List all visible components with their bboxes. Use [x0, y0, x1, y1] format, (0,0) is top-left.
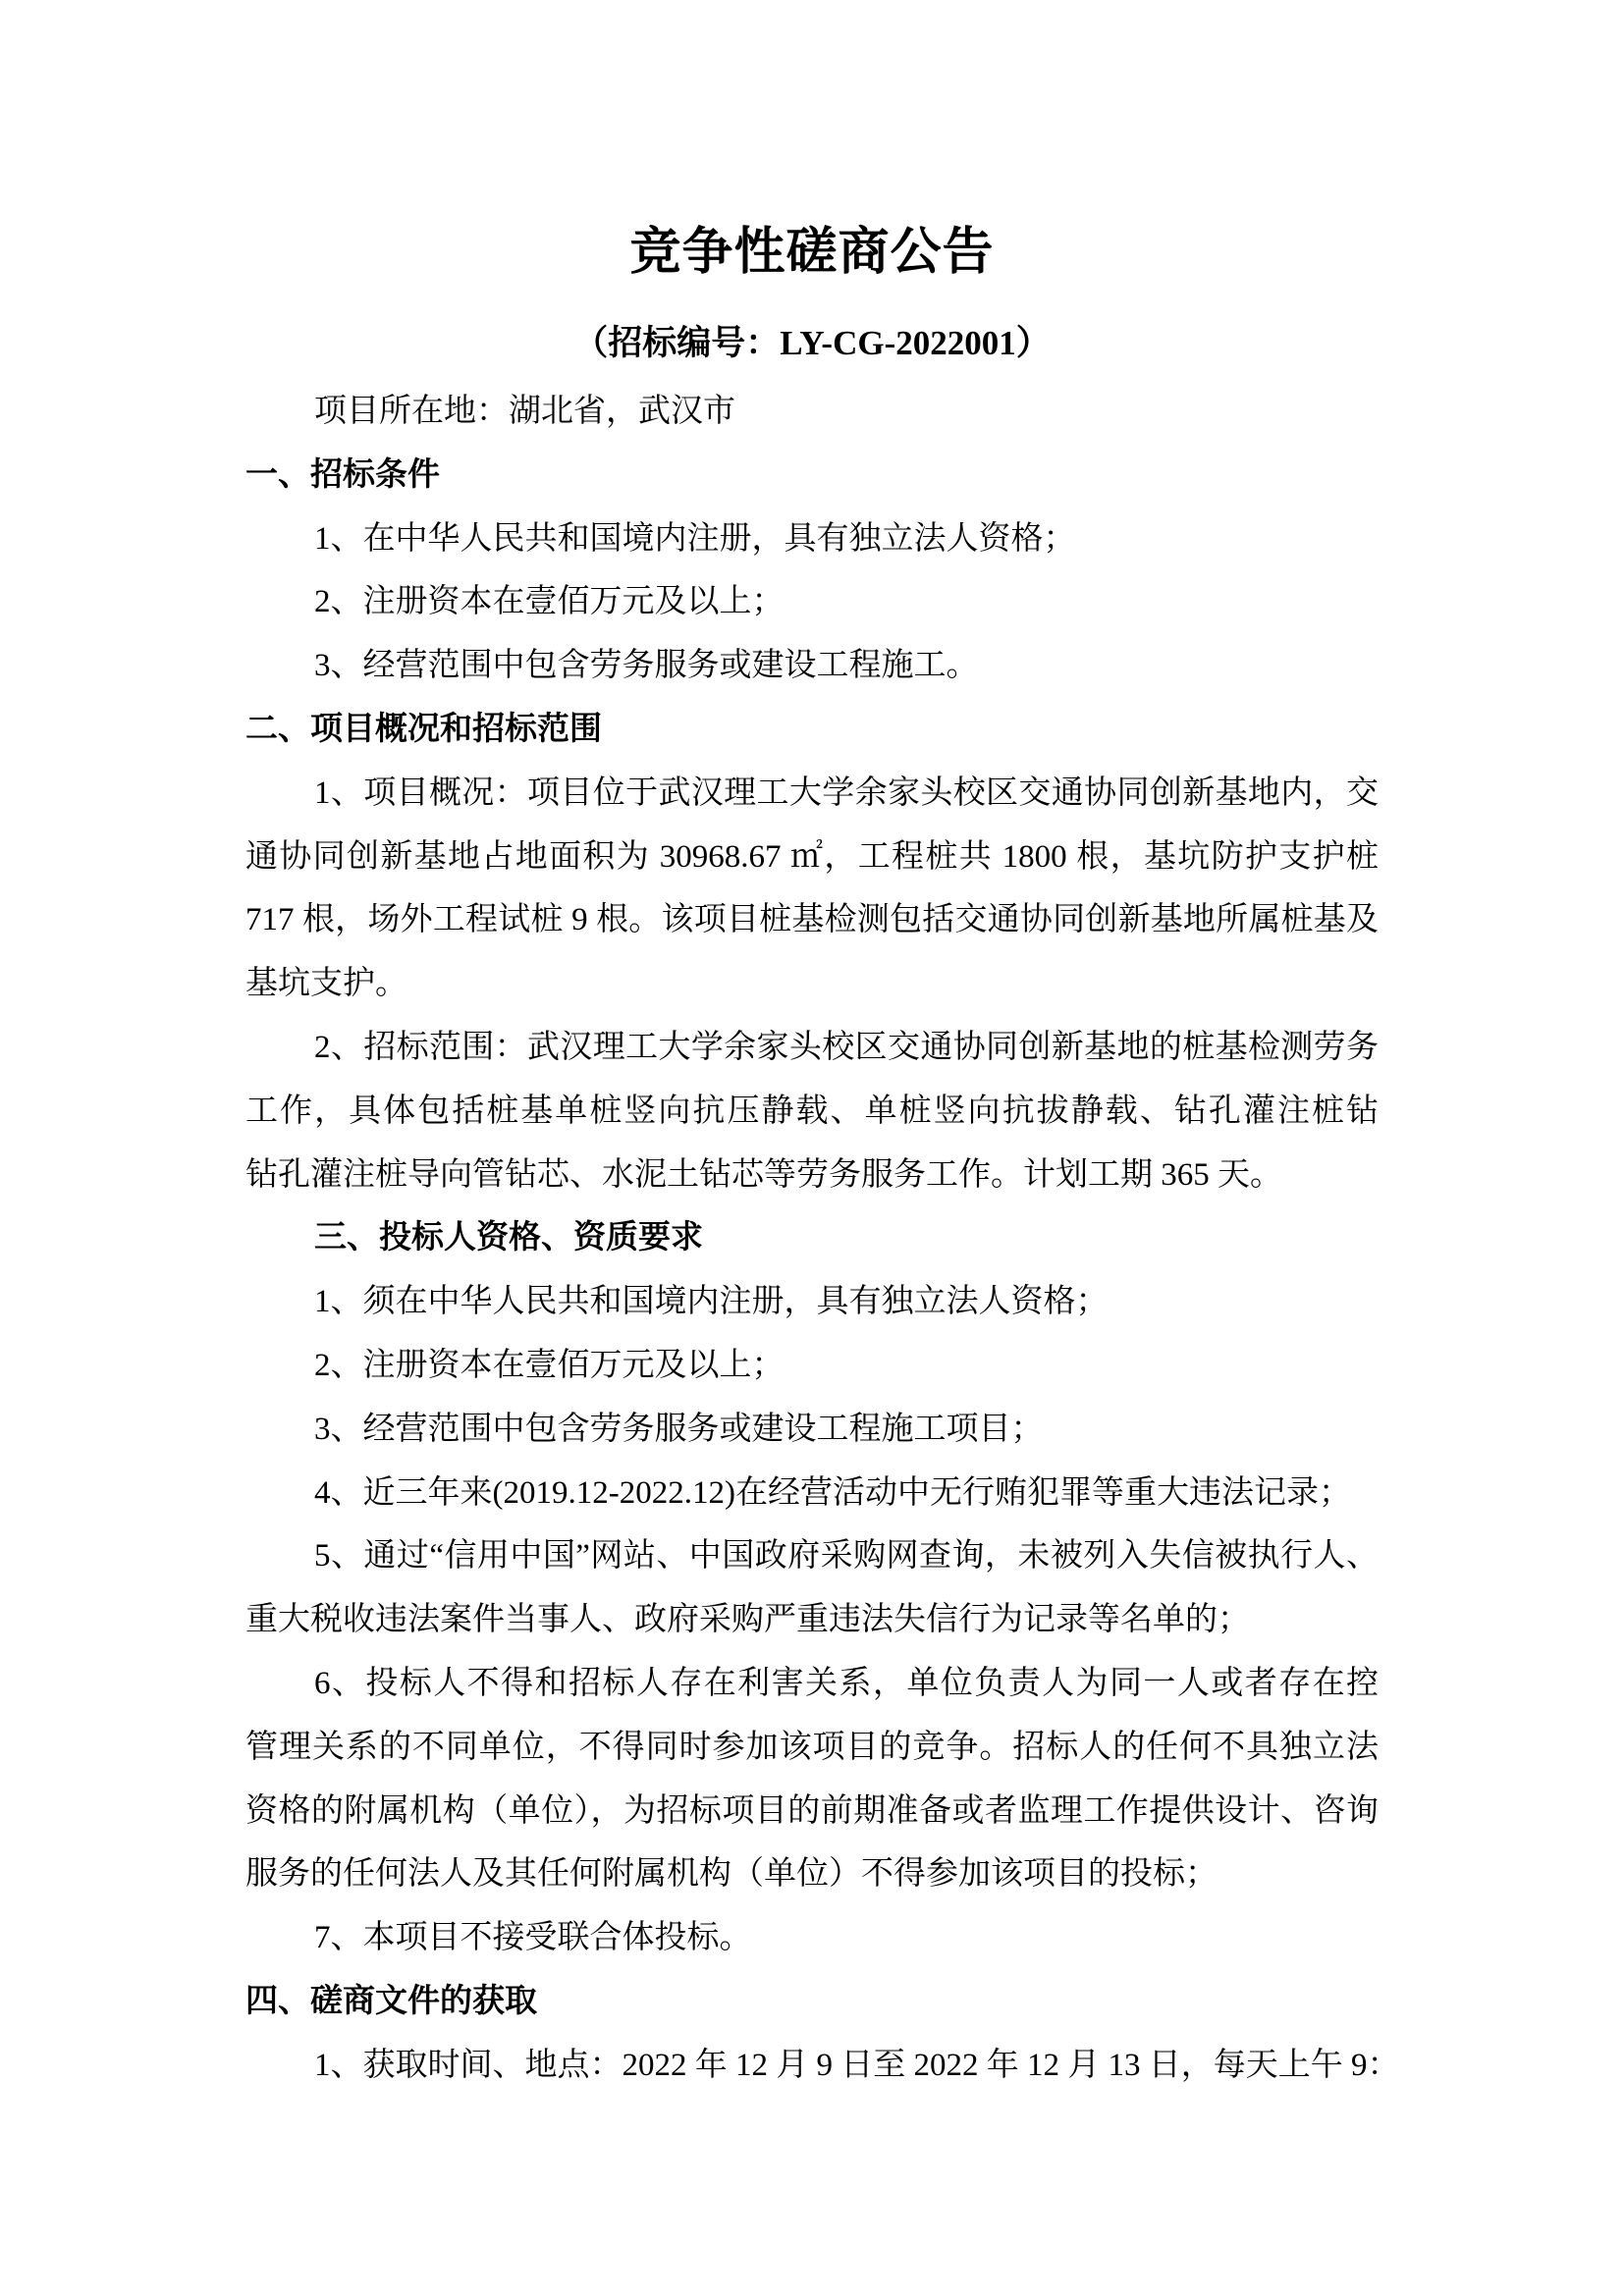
document-subtitle: （招标编号：LY-CG-2022001）	[0, 324, 1624, 363]
paragraph-line: 工作，具体包括桩基单桩竖向抗压静载、单桩竖向抗拔静载、钻孔灌注桩钻芯、	[245, 1080, 1379, 1144]
document-title: 竞争性磋商公告	[0, 224, 1624, 283]
paragraph-line: 6、投标人不得和招标人存在利害关系，单位负责人为同一人或者存在控股、	[245, 1652, 1379, 1716]
paragraph-line: 3、经营范围中包含劳务服务或建设工程施工项目；	[245, 1398, 1379, 1462]
section-heading: 二、项目概况和招标范围	[245, 698, 1379, 762]
section-heading: 三、投标人资格、资质要求	[245, 1206, 1379, 1270]
paragraph-line: 重大税收违法案件当事人、政府采购严重违法失信行为记录等名单的；	[245, 1588, 1379, 1652]
paragraph-line: 5、通过“信用中国”网站、中国政府采购网查询，未被列入失信被执行人、	[245, 1524, 1379, 1588]
paragraph-line: 1、项目概况：项目位于武汉理工大学余家头校区交通协同创新基地内，交	[245, 762, 1379, 826]
paragraph-line: 服务的任何法人及其任何附属机构（单位）不得参加该项目的投标；	[245, 1842, 1379, 1906]
paragraph-line: 2、注册资本在壹佰万元及以上；	[245, 1334, 1379, 1398]
paragraph-line: 资格的附属机构（单位），为招标项目的前期准备或者监理工作提供设计、咨询	[245, 1780, 1379, 1843]
paragraph-line: 钻孔灌注桩导向管钻芯、水泥土钻芯等劳务服务工作。计划工期 365 天。	[245, 1144, 1379, 1207]
paragraph-line: 基坑支护。	[245, 952, 1379, 1016]
paragraph-line: 1、须在中华人民共和国境内注册，具有独立法人资格；	[245, 1270, 1379, 1334]
section-heading: 四、磋商文件的获取	[245, 1970, 1379, 2034]
paragraph-line: 1、在中华人民共和国境内注册，具有独立法人资格；	[245, 507, 1379, 571]
paragraph-line: 4、近三年来(2019.12-2022.12)在经营活动中无行贿犯罪等重大违法记…	[245, 1462, 1379, 1525]
paragraph-line: 2、注册资本在壹佰万元及以上；	[245, 570, 1379, 634]
section-heading: 一、招标条件	[245, 444, 1379, 507]
paragraph-line: 项目所在地：湖北省，武汉市	[245, 380, 1379, 444]
paragraph-line: 717 根，场外工程试桩 9 根。该项目桩基检测包括交通协同创新基地所属桩基及	[245, 888, 1379, 952]
paragraph-line: 3、经营范围中包含劳务服务或建设工程施工。	[245, 634, 1379, 698]
paragraph-line: 1、获取时间、地点：2022 年 12 月 9 日至 2022 年 12 月 1…	[245, 2034, 1379, 2098]
paragraph-line: 通协同创新基地占地面积为 30968.67 ㎡，工程桩共 1800 根，基坑防护…	[245, 826, 1379, 889]
document-page: 竞争性磋商公告 （招标编号：LY-CG-2022001） 项目所在地：湖北省，武…	[0, 0, 1624, 2296]
paragraph-line: 管理关系的不同单位，不得同时参加该项目的竞争。招标人的任何不具独立法人	[245, 1716, 1379, 1780]
paragraph-line: 2、招标范围：武汉理工大学余家头校区交通协同创新基地的桩基检测劳务	[245, 1016, 1379, 1080]
document-body: 项目所在地：湖北省，武汉市一、招标条件1、在中华人民共和国境内注册，具有独立法人…	[245, 380, 1379, 2098]
paragraph-line: 7、本项目不接受联合体投标。	[245, 1906, 1379, 1970]
